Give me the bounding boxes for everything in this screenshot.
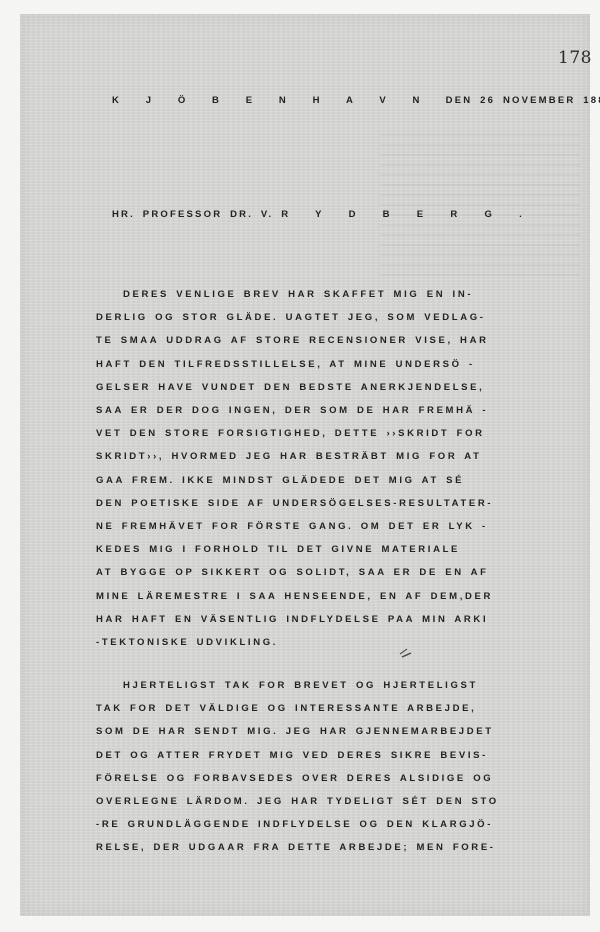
letter-line: FÖRELSE OG FORBAVSEDES OVER DERES ALSIDI… (96, 774, 493, 784)
salutation-name: R Y D B E R G . (281, 209, 532, 220)
letter-line: RELSE, DER UDGAAR FRA DETTE ARBEJDE; MEN… (96, 843, 496, 853)
salutation: HR. PROFESSOR DR. V. R Y D B E R G . (112, 210, 533, 220)
letter-line: HAR HAFT EN VÄSENTLIG INDFLYDELSE PAA MI… (96, 615, 488, 625)
letter-line: HAFT DEN TILFREDSSTILLELSE, AT MINE UNDE… (96, 360, 475, 370)
letter-page: 178 K J Ö B E N H A V N DEN 26 NOVEMBER … (20, 14, 590, 916)
dateline-date: DEN 26 NOVEMBER 1887. (446, 95, 600, 106)
letter-line: TAK FOR DET VÄLDIGE OG INTERESSANTE ARBE… (96, 704, 476, 714)
dateline-place: K J Ö B E N H A V N (112, 95, 430, 106)
scanned-document: 178 K J Ö B E N H A V N DEN 26 NOVEMBER … (0, 0, 600, 932)
letter-line: HJERTELIGST TAK FOR BREVET OG HJERTELIGS… (123, 681, 478, 691)
letter-line: -RE GRUNDLÄGGENDE INDFLYDELSE OG DEN KLA… (96, 820, 493, 830)
letter-line: SOM DE HAR SENDT MIG. JEG HAR GJENNEMARB… (96, 727, 494, 737)
letter-line: SKRIDT››, HVORMED JEG HAR BESTRÄBT MIG F… (96, 452, 482, 462)
letter-line: AT BYGGE OP SIKKERT OG SOLIDT, SAA ER DE… (96, 568, 489, 578)
letter-line: GELSER HAVE VUNDET DEN BEDSTE ANERKJENDE… (96, 383, 484, 393)
letter-line: GAA FREM. IKKE MINDST GLÄDEDE DET MIG AT… (96, 476, 464, 486)
letter-line: VET DEN STORE FORSIGTIGHED, DETTE ››SKRI… (96, 429, 485, 439)
letter-line: DEN POETISKE SIDE AF UNDERSÖGELSES-RESUL… (96, 499, 493, 509)
page-number: 178 (558, 48, 592, 68)
letter-line: DERES VENLIGE BREV HAR SKAFFET MIG EN IN… (123, 290, 473, 300)
salutation-prefix: HR. PROFESSOR DR. V. (112, 209, 273, 220)
letter-line: MINE LÄREMESTRE I SAA HENSEENDE, EN AF D… (96, 592, 493, 602)
letter-line: SAA ER DER DOG INGEN, DER SOM DE HAR FRE… (96, 406, 488, 416)
dateline: K J Ö B E N H A V N DEN 26 NOVEMBER 1887… (112, 96, 600, 106)
letter-line: TE SMAA UDDRAG AF STORE RECENSIONER VISE… (96, 336, 489, 346)
letter-line: OVERLEGNE LÄRDOM. JEG HAR TYDELIGT SÉT D… (96, 797, 499, 807)
letter-line: KEDES MIG I FORHOLD TIL DET GIVNE MATERI… (96, 545, 460, 555)
pencil-mark-icon (398, 648, 414, 658)
letter-line: DERLIG OG STOR GLÄDE. UAGTET JEG, SOM VE… (96, 313, 486, 323)
letter-line: DET OG ATTER FRYDET MIG VED DERES SIKRE … (96, 751, 488, 761)
letter-line: -TEKTONISKE UDVIKLING. (96, 638, 278, 648)
letter-line: NE FREMHÄVET FOR FÖRSTE GANG. OM DET ER … (96, 522, 488, 532)
